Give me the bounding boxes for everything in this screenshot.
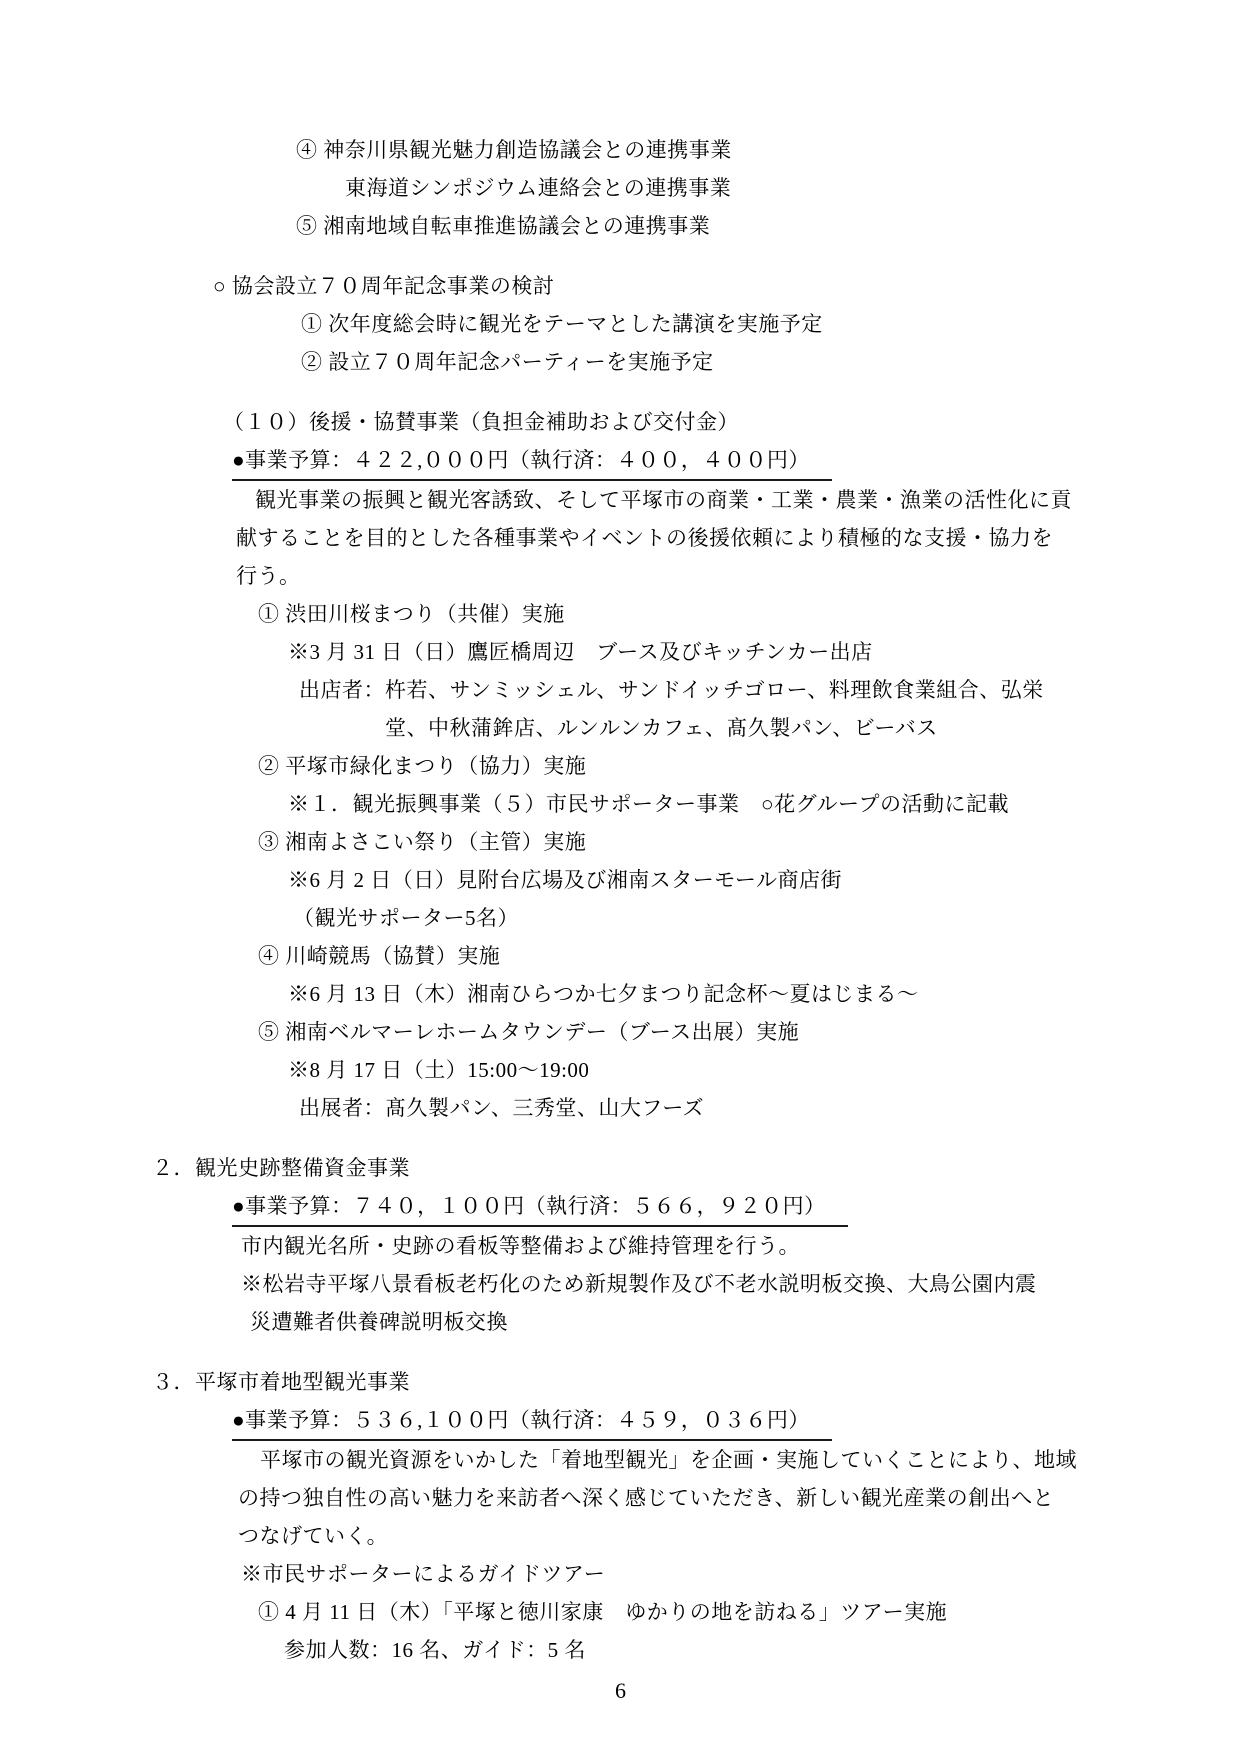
list-item-circled-5: ⑤ 湘南地域自転車推進協議会との連携事業 bbox=[296, 207, 1241, 245]
document-page: ④ 神奈川県観光魅力創造協議会との連携事業 東海道シンポジウム連絡会との連携事業… bbox=[0, 0, 1241, 1755]
note-line: ※6 月 13 日（木）湘南ひらつか七夕まつり記念杯～夏はじまる～ bbox=[288, 975, 1241, 1013]
body-line: の持つ独自性の高い魅力を来訪者へ深く感じていただき、新しい観光産業の創出へと bbox=[238, 1479, 1241, 1517]
budget-underline-text: ●事業予算：７４０，１００円（執行済：５６６，９２０円） bbox=[232, 1189, 848, 1227]
document-body: ④ 神奈川県観光魅力創造協議会との連携事業 東海道シンポジウム連絡会との連携事業… bbox=[0, 131, 1241, 1669]
list-item-circled-2: ② 設立７０周年記念パーティーを実施予定 bbox=[301, 343, 1241, 381]
list-item-circled-4: ④ 神奈川県観光魅力創造協議会との連携事業 bbox=[296, 131, 1241, 169]
list-item-circled-4: ④ 川崎競馬（協賛）実施 bbox=[258, 937, 1241, 975]
note-continuation: 災遭難者供養碑説明板交換 bbox=[250, 1303, 1241, 1341]
section-heading-destination-tourism: ３．平塚市着地型観光事業 bbox=[152, 1363, 1241, 1401]
page-number: 6 bbox=[0, 1676, 1241, 1706]
budget-underline-text: ●事業予算：４２２,０００円（執行済：４００，４００円） bbox=[232, 443, 832, 481]
note-line: ※１．観光振興事業（５）市民サポーター事業 ○花グループの活動に記載 bbox=[288, 785, 1241, 823]
list-item-circled-5: ⑤ 湘南ベルマーレホームタウンデー（ブース出展）実施 bbox=[258, 1013, 1241, 1051]
body-line: 観光事業の振興と観光客誘致、そして平塚市の商業・工業・農業・漁業の活性化に貢 bbox=[255, 481, 1241, 519]
body-line: 市内観光名所・史跡の看板等整備および維持管理を行う。 bbox=[241, 1227, 1241, 1265]
vendor-list-line: 出展者：髙久製パン、三秀堂、山大フーズ bbox=[299, 1089, 1241, 1127]
budget-underline-text: ●事業予算：５３６,１００円（執行済：４５９，０３６円） bbox=[232, 1403, 832, 1441]
section-heading-support-sponsorship: （１０）後援・協賛事業（負担金補助および交付金） bbox=[223, 403, 1241, 441]
note-line: ※松岩寺平塚八景看板老朽化のため新規製作及び不老水説明板交換、大鳥公園内震 bbox=[241, 1265, 1241, 1303]
note-line: ※市民サポーターによるガイドツアー bbox=[241, 1555, 1241, 1593]
body-line: 行う。 bbox=[236, 557, 1241, 595]
list-item-continuation: 東海道シンポジウム連絡会との連携事業 bbox=[345, 169, 1241, 207]
list-item-circled-3: ③ 湘南よさこい祭り（主管）実施 bbox=[258, 823, 1241, 861]
body-line: 平塚市の観光資源をいかした「着地型観光」を企画・実施していくことにより、地域 bbox=[260, 1441, 1241, 1479]
budget-line: ●事業予算：４２２,０００円（執行済：４００，４００円） bbox=[232, 441, 1241, 481]
list-item-circled-1: ① 次年度総会時に観光をテーマとした講演を実施予定 bbox=[301, 305, 1241, 343]
list-item-circled-1: ① 渋田川桜まつり（共催）実施 bbox=[258, 595, 1241, 633]
note-continuation: （観光サポーター5名） bbox=[293, 899, 1241, 937]
body-line: つなげていく。 bbox=[238, 1517, 1241, 1555]
list-item-circled-2: ② 平塚市緑化まつり（協力）実施 bbox=[258, 747, 1241, 785]
body-line: 献することを目的とした各種事業やイベントの後援依頼により積極的な支援・協力を bbox=[236, 519, 1241, 557]
subsection-heading-anniversary: ○ 協会設立７０周年記念事業の検討 bbox=[213, 267, 1241, 305]
vendor-list-line: 出店者：杵若、サンミッシェル、サンドイッチゴロー、料理飲食業組合、弘栄 bbox=[299, 671, 1241, 709]
budget-line: ●事業予算：７４０，１００円（執行済：５６６，９２０円） bbox=[232, 1187, 1241, 1227]
vendor-list-continuation: 堂、中秋蒲鉾店、ルンルンカフェ、髙久製パン、ビーバス bbox=[385, 709, 1241, 747]
note-line: ※6 月 2 日（日）見附台広場及び湘南スターモール商店街 bbox=[288, 861, 1241, 899]
note-line: ※8 月 17 日（土）15:00～19:00 bbox=[288, 1051, 1241, 1089]
list-item-circled-1: ① 4 月 11 日（木）「平塚と徳川家康 ゆかりの地を訪ねる」ツアー実施 bbox=[258, 1593, 1241, 1631]
section-heading-historic-sites: ２．観光史跡整備資金事業 bbox=[152, 1149, 1241, 1187]
budget-line: ●事業予算：５３６,１００円（執行済：４５９，０３６円） bbox=[232, 1401, 1241, 1441]
detail-line: 参加人数：16 名、ガイド：5 名 bbox=[284, 1631, 1241, 1669]
note-line: ※3 月 31 日（日）鷹匠橋周辺 ブース及びキッチンカー出店 bbox=[288, 633, 1241, 671]
